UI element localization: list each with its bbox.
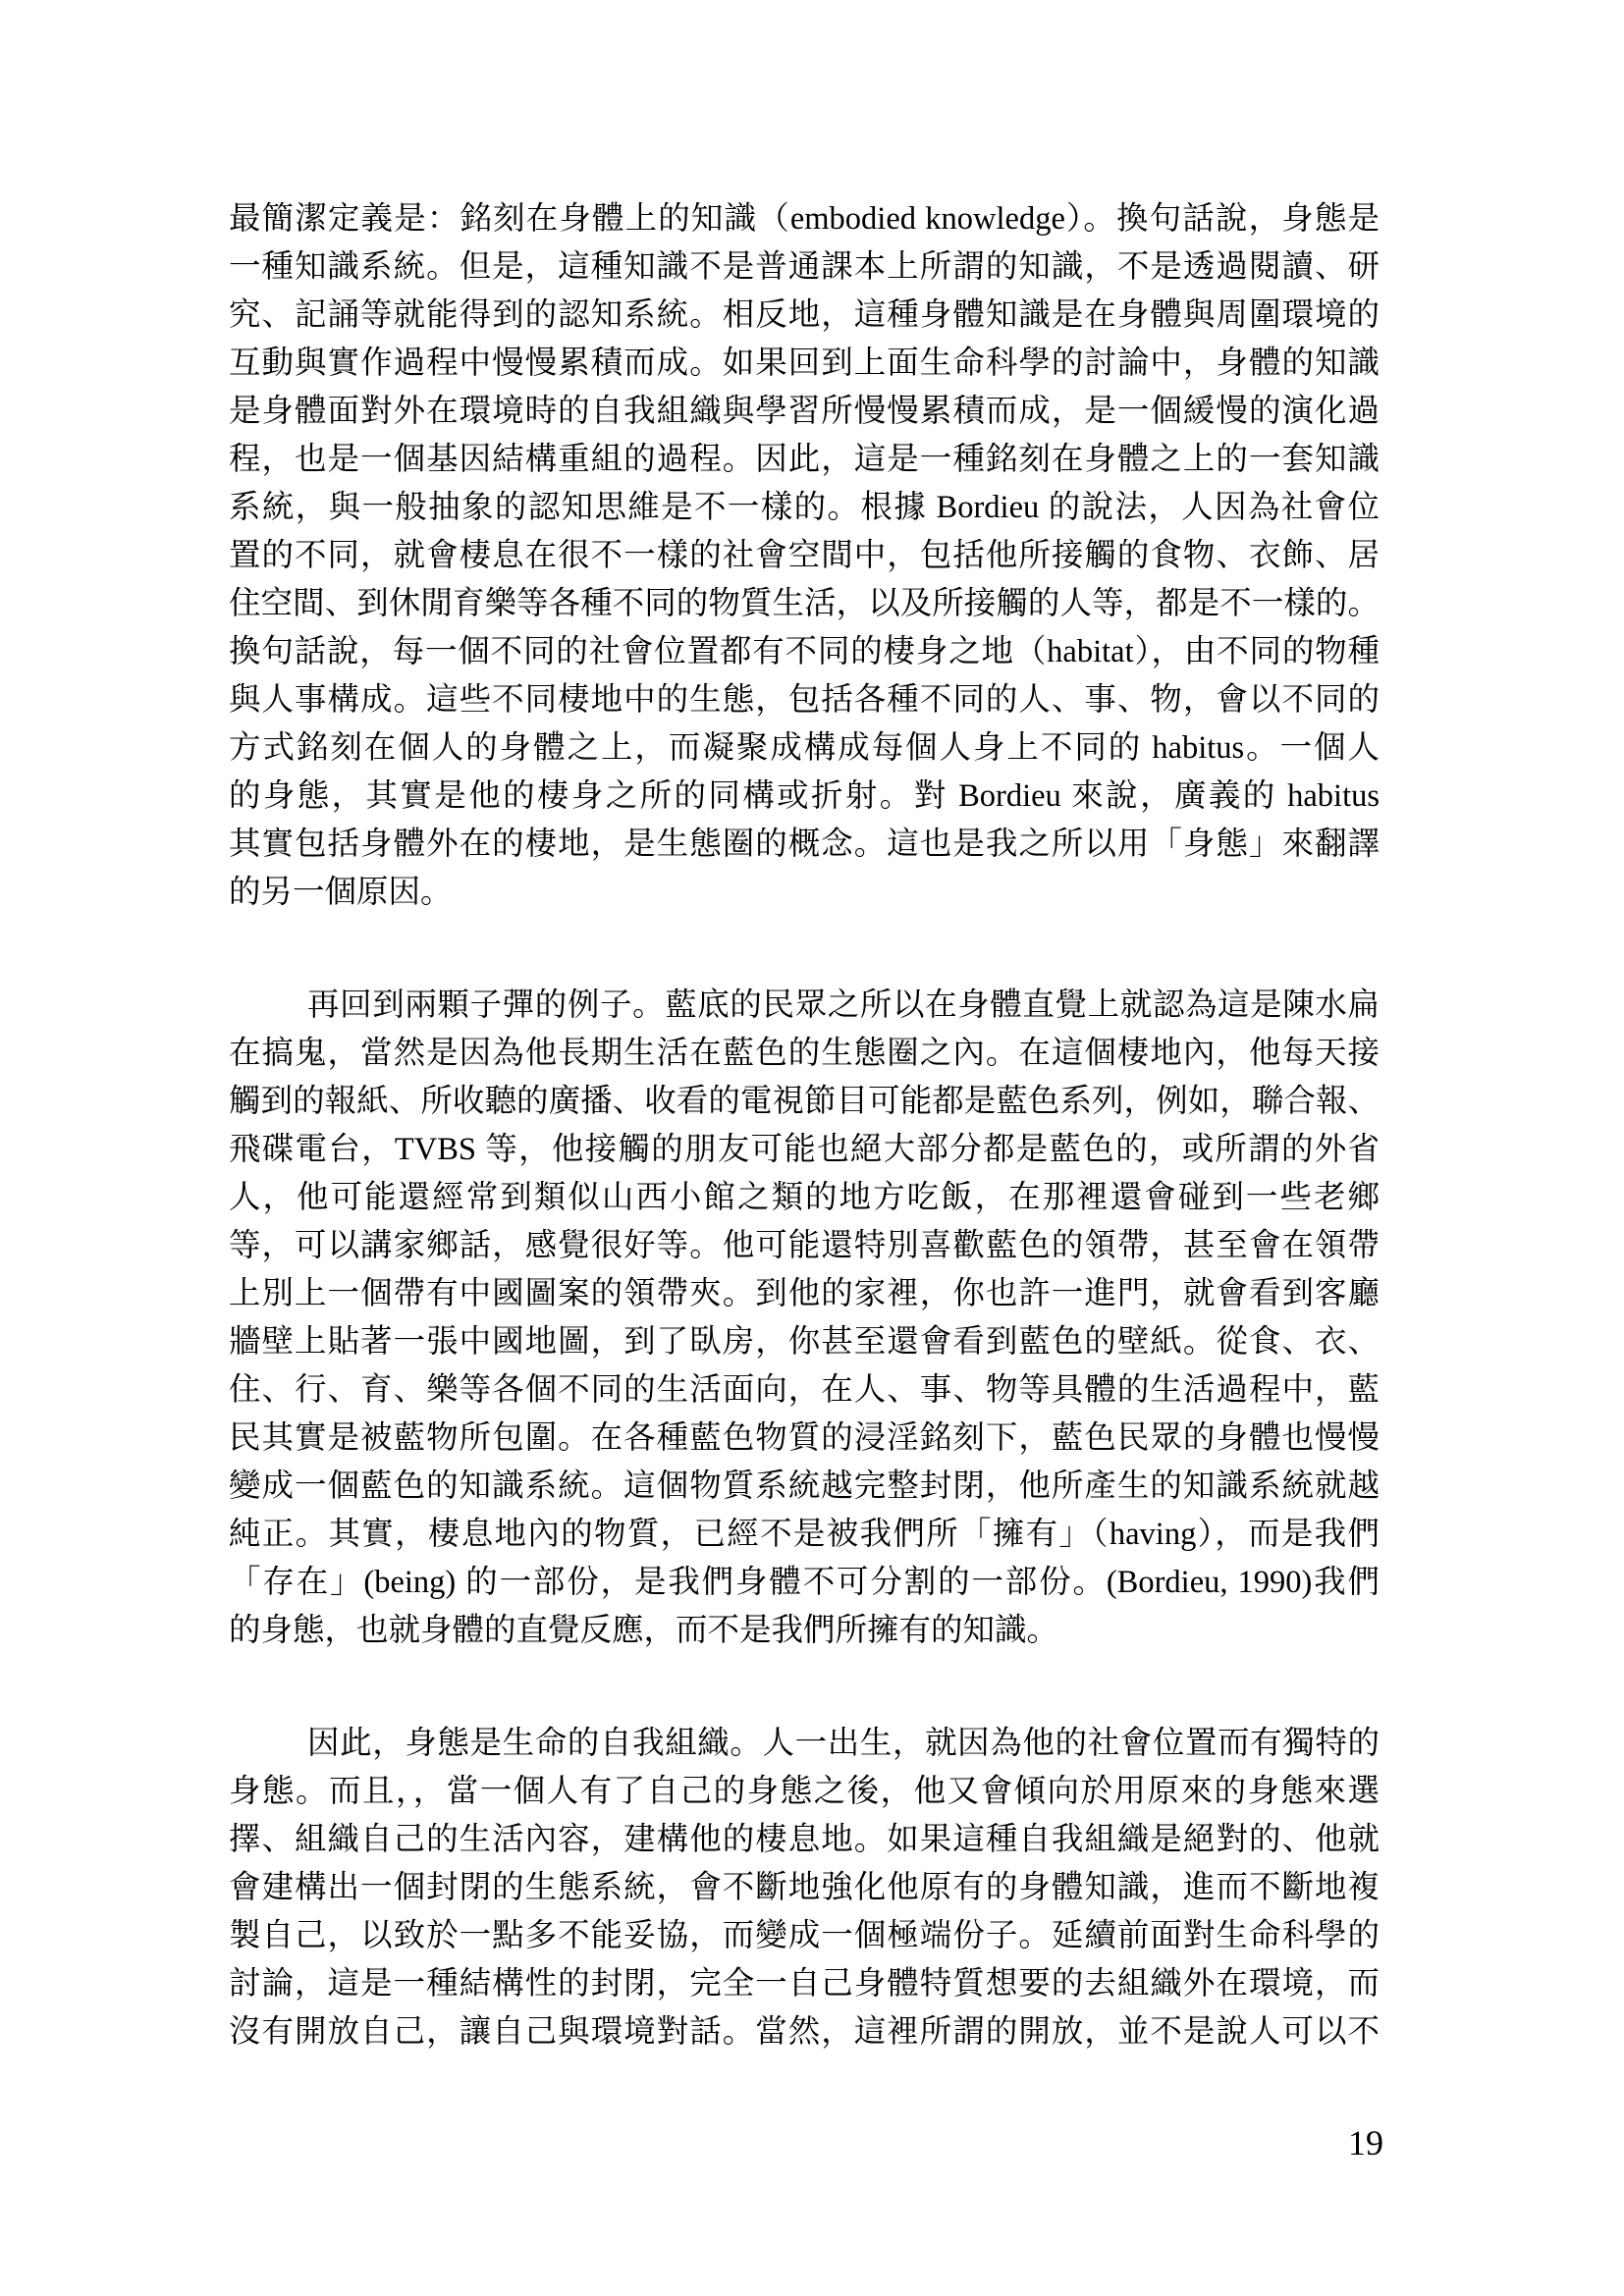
text-line: 在搞鬼，當然是因為他長期生活在藍色的生態圈之內。在這個棲地內，他每天接 xyxy=(229,1030,1380,1078)
text-line: 上別上一個帶有中國圖案的領帶夾。到他的家裡，你也許一進門，就會看到客廳 xyxy=(229,1270,1380,1318)
text-line: 會建構出一個封閉的生態系統，會不斷地強化他原有的身體知識，進而不斷地複 xyxy=(229,1864,1380,1912)
text-line: 住、行、育、樂等各個不同的生活面向，在人、事、物等具體的生活過程中，藍 xyxy=(229,1366,1380,1415)
text-line: 沒有開放自己，讓自己與環境對話。當然，這裡所謂的開放，並不是說人可以不 xyxy=(229,2008,1380,2056)
text-line: 擇、組織自己的生活內容，建構他的棲息地。如果這種自我組織是絕對的、他就 xyxy=(229,1816,1380,1864)
text-line: 牆壁上貼著一張中國地圖，到了臥房，你甚至還會看到藍色的壁紙。從食、衣、 xyxy=(229,1318,1380,1366)
text-line: 觸到的報紙、所收聽的廣播、收看的電視節目可能都是藍色系列，例如，聯合報、 xyxy=(229,1078,1380,1126)
text-line: 討論，這是一種結構性的封閉，完全一自己身體特質想要的去組織外在環境，而 xyxy=(229,1960,1380,2008)
text-line: 身態。而且，，當一個人有了自己的身態之後，他又會傾向於用原來的身態來選 xyxy=(229,1768,1380,1816)
text-line: 住空間、到休閒育樂等各種不同的物質生活，以及所接觸的人等，都是不一樣的。 xyxy=(229,580,1380,628)
text-line: 換句話說，每一個不同的社會位置都有不同的棲身之地（habitat），由不同的物種 xyxy=(229,628,1380,676)
text-line: 其實包括身體外在的棲地，是生態圈的概念。這也是我之所以用「身態」來翻譯 xyxy=(229,821,1380,869)
text-block: 最簡潔定義是：銘刻在身體上的知識（embodied knowledge）。換句話… xyxy=(229,195,1380,2056)
text-line: 人，他可能還經常到類似山西小館之類的地方吃飯，在那裡還會碰到一些老鄉 xyxy=(229,1174,1380,1222)
text-line: 的身態，其實是他的棲身之所的同構或折射。對 Bordieu 來說，廣義的 hab… xyxy=(229,773,1380,821)
text-line: 與人事構成。這些不同棲地中的生態，包括各種不同的人、事、物，會以不同的 xyxy=(229,676,1380,724)
paragraph: 因此，身態是生命的自我組織。人一出生，就因為他的社會位置而有獨特的身態。而且，，… xyxy=(229,1720,1380,2056)
text-line: 民其實是被藍物所包圍。在各種藍色物質的浸淫銘刻下，藍色民眾的身體也慢慢 xyxy=(229,1415,1380,1463)
text-line: 飛碟電台，TVBS 等，他接觸的朋友可能也絕大部分都是藍色的，或所謂的外省 xyxy=(229,1126,1380,1174)
text-line: 究、記誦等就能得到的認知系統。相反地，這種身體知識是在身體與周圍環境的 xyxy=(229,292,1380,340)
text-line: 再回到兩顆子彈的例子。藍底的民眾之所以在身體直覺上就認為這是陳水扁 xyxy=(229,982,1380,1030)
document-page: 最簡潔定義是：銘刻在身體上的知識（embodied knowledge）。換句話… xyxy=(0,0,1624,2296)
text-line: 最簡潔定義是：銘刻在身體上的知識（embodied knowledge）。換句話… xyxy=(229,195,1380,243)
text-line: 互動與實作過程中慢慢累積而成。如果回到上面生命科學的討論中，身體的知識 xyxy=(229,340,1380,388)
text-line: 純正。其實，棲息地內的物質，已經不是被我們所「擁有」（having），而是我們 xyxy=(229,1511,1380,1559)
paragraph: 最簡潔定義是：銘刻在身體上的知識（embodied knowledge）。換句話… xyxy=(229,195,1380,917)
paragraph: 再回到兩顆子彈的例子。藍底的民眾之所以在身體直覺上就認為這是陳水扁在搞鬼，當然是… xyxy=(229,982,1380,1655)
text-line: 置的不同，就會棲息在很不一樣的社會空間中，包括他所接觸的食物、衣飾、居 xyxy=(229,532,1380,580)
text-line: 一種知識系統。但是，這種知識不是普通課本上所謂的知識，不是透過閱讀、研 xyxy=(229,243,1380,292)
text-line: 系統，與一般抽象的認知思維是不一樣的。根據 Bordieu 的說法，人因為社會位 xyxy=(229,484,1380,532)
text-line: 等，可以講家鄉話，感覺很好等。他可能還特別喜歡藍色的領帶，甚至會在領帶 xyxy=(229,1222,1380,1270)
text-line: 的身態，也就身體的直覺反應，而不是我們所擁有的知識。 xyxy=(229,1607,1380,1655)
text-line: 方式銘刻在個人的身體之上，而凝聚成構成每個人身上不同的 habitus。一個人 xyxy=(229,724,1380,773)
text-line: 因此，身態是生命的自我組織。人一出生，就因為他的社會位置而有獨特的 xyxy=(229,1720,1380,1768)
text-line: 製自己，以致於一點多不能妥協，而變成一個極端份子。延續前面對生命科學的 xyxy=(229,1912,1380,1960)
text-line: 是身體面對外在環境時的自我組織與學習所慢慢累積而成，是一個緩慢的演化過 xyxy=(229,388,1380,436)
text-line: 變成一個藍色的知識系統。這個物質系統越完整封閉，他所產生的知識系統就越 xyxy=(229,1463,1380,1511)
page-number: 19 xyxy=(1348,2123,1383,2163)
text-line: 程，也是一個基因結構重組的過程。因此，這是一種銘刻在身體之上的一套知識 xyxy=(229,436,1380,484)
text-line: 「存在」(being) 的一部份，是我們身體不可分割的一部份。(Bordieu,… xyxy=(229,1559,1380,1607)
text-line: 的另一個原因。 xyxy=(229,869,1380,917)
